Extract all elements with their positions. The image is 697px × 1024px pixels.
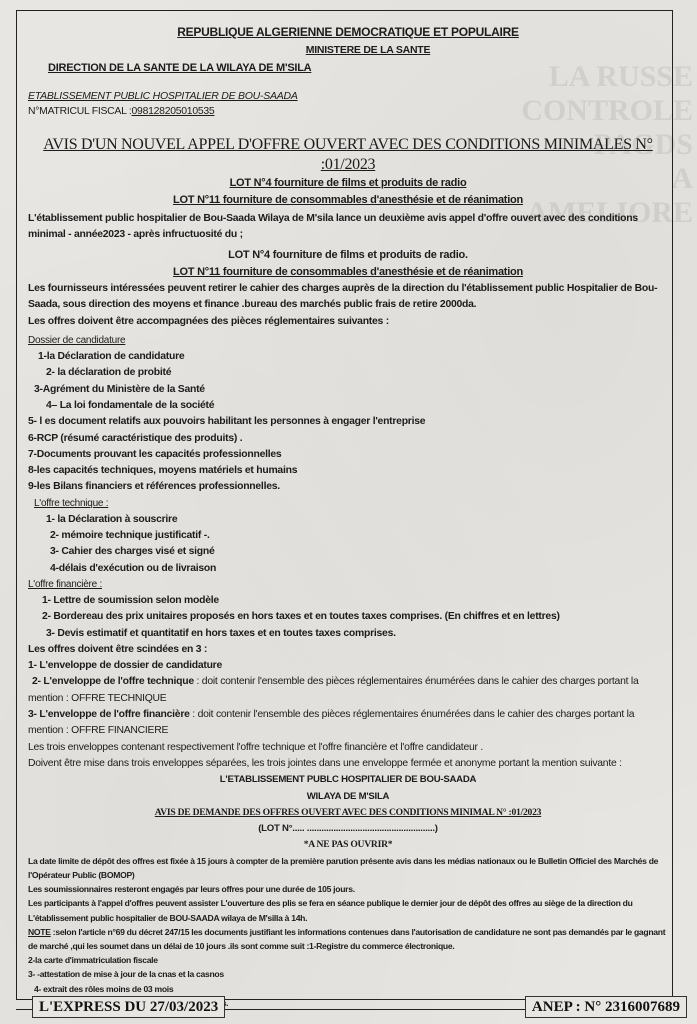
doc-item: 4- extrait des rôles moins de 03 mois [28,982,668,996]
lot4-repeat: LOT N°4 fourniture de films et produits … [28,247,668,264]
note-label: NOTE [28,927,51,937]
notice-title: AVIS D'UN NOUVEL APPEL D'OFFRE OUVERT AV… [28,135,668,175]
label-do-not-open: *A NE PAS OUVRIR* [28,837,668,853]
technique-item: 1- la Déclaration à souscrire [28,512,668,528]
envelope-1: 1- L'enveloppe de dossier de candidature [28,658,668,674]
lot11-repeat: LOT N°11 fourniture de consommables d'an… [28,264,668,281]
financiere-item: 2- Bordereau des prix unitaires proposés… [28,609,668,625]
notice-content: REPUBLIQUE ALGERIENNE DEMOCRATIQUE ET PO… [28,22,668,1010]
dossier-item: 9-les Bilans financiers et références pr… [28,479,668,495]
envelope-3: 3- L'enveloppe de l'offre financière : d… [28,707,668,740]
doc-item: 3- -attestation de mise à jour de la cna… [28,967,668,981]
dossier-item: 1-la Déclaration de candidature [28,349,668,365]
lot11-heading: LOT N°11 fourniture de consommables d'an… [28,192,668,209]
envelopes-separate: Doivent être mise dans trois enveloppes … [28,756,668,772]
envelope-2: 2- L'enveloppe de l'offre technique : do… [28,674,668,707]
dossier-title: Dossier de candidature [28,333,668,349]
deadline-paragraph: La date limite de dépôt des offres est f… [28,854,668,882]
note-paragraph: NOTE :selon l'article n°69 du décret 247… [28,925,668,953]
technique-item: 4-délais d'exécution ou de livraison [28,561,668,577]
financiere-item: 3- Devis estimatif et quantitatif en hor… [28,626,668,642]
fiscal-line: N°MATRICUL FISCAL :098128205010535 [28,104,668,120]
envelopes-respective: Les trois enveloppes contenant respectiv… [28,740,668,756]
envelope-2-label: 2- L'enveloppe de l'offre technique [32,676,194,687]
opening-paragraph: Les participants à l'appel d'offres peuv… [28,896,668,924]
dossier-item: 3-Agrément du Ministère de la Santé [28,382,668,398]
dossier-item: 5- l es document relatifs aux pouvoirs h… [28,414,668,430]
lot4-heading: LOT N°4 fourniture de films et produits … [28,175,668,192]
ministry-heading: MINISTERE DE LA SANTE [68,42,668,59]
establishment-name: ETABLISSEMENT PUBLIC HOSPITALIER DE BOU-… [28,88,668,104]
publication-stamp: L'EXPRESS DU 27/03/2023 [32,996,225,1018]
fiscal-label: N°MATRICUL FISCAL : [28,106,132,117]
dossier-item: 8-les capacités techniques, moyens matér… [28,463,668,479]
doc-item: 2-la carte d'immatriculation fiscale [28,953,668,967]
offre-financiere-title: L'offre financière : [28,577,668,593]
republic-heading: REPUBLIQUE ALGERIENNE DEMOCRATIQUE ET PO… [28,22,668,42]
technique-item: 3- Cahier des charges visé et signé [28,544,668,560]
offre-technique-title: L'offre technique : [28,496,668,512]
newspaper-page: LA RUSSE CONTROLE PAGDS A AMELIORE REPUB… [0,0,697,1024]
label-establishment: L'ETABLISSEMENT PUBLC HOSPITALIER DE BOU… [28,772,668,788]
note-text: :selon l'article n°69 du décret 247/15 l… [28,927,665,951]
intro-paragraph: L'établissement public hospitalier de Bo… [28,211,668,244]
financiere-item: 1- Lettre de soumission selon modèle [28,593,668,609]
dossier-item: 4– La loi fondamentale de la société [28,398,668,414]
envelope-3-label: 3- L'enveloppe de l'offre financière [28,709,190,720]
validity-paragraph: Les soumissionnaires resteront engagés p… [28,882,668,896]
label-lot: (LOT N°..... ...........................… [28,821,668,837]
envelopes-intro: Les offres doivent être scindées en 3 : [28,642,668,658]
withdraw-paragraph: Les fournisseurs intéressées peuvent ret… [28,281,668,314]
fiscal-number: 098128205010535 [132,106,215,117]
dossier-item: 2- la déclaration de probité [28,365,668,381]
pieces-intro: Les offres doivent être accompagnées des… [28,314,668,330]
label-wilaya: WILAYA DE M'SILA [28,789,668,805]
anep-stamp: ANEP : N° 2316007689 [525,996,687,1018]
dossier-item: 7-Documents prouvant les capacités profe… [28,447,668,463]
direction-heading: DIRECTION DE LA SANTE DE LA WILAYA DE M'… [48,59,668,78]
technique-item: 2- mémoire technique justificatif -. [28,528,668,544]
label-avis: AVIS DE DEMANDE DES OFFRES OUVERT AVEC D… [28,805,668,821]
dossier-item: 6-RCP (résumé caractéristique des produi… [28,431,668,447]
